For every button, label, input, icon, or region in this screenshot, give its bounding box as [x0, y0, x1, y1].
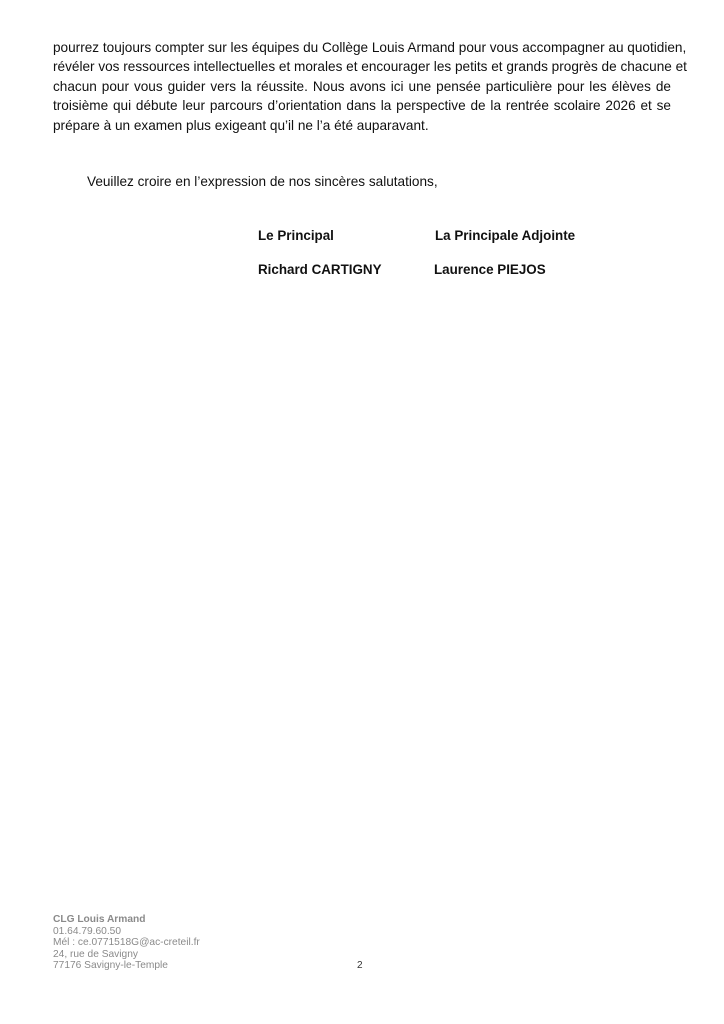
footer-street: 24, rue de Savigny [53, 949, 200, 961]
footer-email: Mél : ce.0771518G@ac-creteil.fr [53, 937, 200, 949]
footer-address-block: CLG Louis Armand 01.64.79.60.50 Mél : ce… [53, 914, 200, 972]
closing-salutation: Veuillez croire en l’expression de nos s… [87, 174, 438, 189]
signature-name-principal: Richard CARTIGNY [258, 262, 382, 277]
paragraph-line: troisième qui débute leur parcours d’ori… [53, 96, 671, 115]
footer-phone: 01.64.79.60.50 [53, 926, 200, 938]
footer-org-name: CLG Louis Armand [53, 914, 200, 926]
signature-name-adjointe: Laurence PIEJOS [434, 262, 546, 277]
paragraph-line: révéler vos ressources intellectuelles e… [53, 57, 671, 76]
signature-title-adjointe: La Principale Adjointe [435, 228, 575, 243]
body-paragraph: pourrez toujours compter sur les équipes… [53, 38, 671, 135]
page-number: 2 [357, 960, 363, 971]
signature-title-principal: Le Principal [258, 228, 334, 243]
paragraph-line: pourrez toujours compter sur les équipes… [53, 38, 671, 57]
paragraph-line: prépare à un examen plus exigeant qu’il … [53, 116, 671, 135]
paragraph-line: chacun pour vous guider vers la réussite… [53, 77, 671, 96]
footer-city: 77176 Savigny-le-Temple [53, 960, 200, 972]
